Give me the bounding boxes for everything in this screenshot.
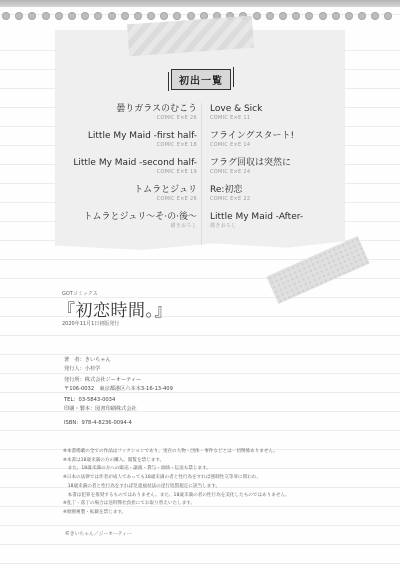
binding-hole-icon bbox=[305, 12, 313, 20]
binding-hole-icon bbox=[81, 12, 89, 20]
binding-hole-icon bbox=[266, 12, 274, 20]
binding-hole-icon bbox=[42, 12, 50, 20]
story-source: COMIC E×E 26 bbox=[57, 115, 197, 122]
list-item: フライングスタート! COMIC E×E 14 bbox=[210, 131, 350, 158]
first-appearance-heading: 初出一覧 bbox=[171, 69, 231, 90]
book-title: 『初恋時間。』 bbox=[58, 296, 172, 321]
list-item: Love & Sick COMIC E×E 11 bbox=[210, 104, 350, 131]
colophon: 著 者：きいちゃん 発行人：小杉学 発行所：株式会社ジーオーティー 〒106-0… bbox=[64, 356, 173, 414]
story-title: トムラとジュリ〜そ·の·後〜 bbox=[57, 212, 197, 223]
binding-hole-icon bbox=[147, 12, 155, 20]
binding-hole-icon bbox=[15, 12, 23, 20]
binding-hole-icon bbox=[384, 12, 392, 20]
story-title: Little My Maid -After- bbox=[210, 212, 350, 223]
column-divider bbox=[201, 103, 202, 245]
list-item: トムラとジュリ COMIC E×E 26 bbox=[57, 185, 197, 212]
story-title: Little My Maid -second half- bbox=[57, 158, 197, 169]
binding-hole-icon bbox=[279, 12, 287, 20]
story-source: COMIC E×E 22 bbox=[210, 196, 350, 203]
story-source: COMIC E×E 11 bbox=[210, 115, 350, 122]
notice-line: 18歳未満の者と性行為をすれば児童福祉法の淫行処罰規定に該当します。 bbox=[63, 483, 290, 492]
binding-hole-icon bbox=[371, 12, 379, 20]
binding-hole-icon bbox=[332, 12, 340, 20]
notice-line: ※本書は18歳未満の方の購入、閲覧を禁じます。 bbox=[63, 457, 290, 466]
binding-hole-icon bbox=[358, 12, 366, 20]
colophon-printer: 印刷・製本：図書印刷株式会社 bbox=[64, 405, 173, 414]
notice-line: ※本書掲載の全ての作品はフィクションであり、実在の人物・団体・事件などとは一切関… bbox=[63, 448, 290, 457]
binding-hole-icon bbox=[108, 12, 116, 20]
story-source: COMIC E×E 24 bbox=[210, 169, 350, 176]
binding-hole-icon bbox=[319, 12, 327, 20]
notebook-top-band bbox=[0, 0, 400, 7]
story-source: COMIC E×E 19 bbox=[57, 169, 197, 176]
binding-hole-icon bbox=[345, 12, 353, 20]
notice-line: ※無断複製・転載を禁じます。 bbox=[63, 509, 290, 518]
binding-hole-icon bbox=[55, 12, 63, 20]
story-source: COMIC E×E 14 bbox=[210, 142, 350, 149]
notice-line: ※乱丁・落丁の場合は送料弊社負担にてお取り替えいたします。 bbox=[63, 500, 290, 509]
binding-hole-icon bbox=[160, 12, 168, 20]
binding-hole-icon bbox=[28, 12, 36, 20]
first-appearance-column-left: 曇りガラスのむこう COMIC E×E 26 Little My Maid -f… bbox=[57, 104, 197, 239]
list-item: トムラとジュリ〜そ·の·後〜 描きおろし bbox=[57, 212, 197, 239]
story-source: COMIC E×E 26 bbox=[57, 196, 197, 203]
story-title: トムラとジュリ bbox=[57, 185, 197, 196]
list-item: Little My Maid -second half- COMIC E×E 1… bbox=[57, 158, 197, 185]
colophon-author: 著 者：きいちゃん bbox=[64, 356, 173, 365]
binding-hole-icon bbox=[253, 12, 261, 20]
list-item: Little My Maid -first half- COMIC E×E 18 bbox=[57, 131, 197, 158]
binding-hole-icon bbox=[121, 12, 129, 20]
story-title: フライングスタート! bbox=[210, 131, 350, 142]
colophon-publisher-person: 発行人：小杉学 bbox=[64, 365, 173, 374]
binding-hole-icon bbox=[173, 12, 181, 20]
notice-line: 本書は犯罪を推奨するものではありません。また、18歳未満の者の性行為を美化したも… bbox=[63, 492, 290, 501]
story-title: フラグ回収は突然に bbox=[210, 158, 350, 169]
publication-date: 2020年11月1日初版発行 bbox=[62, 320, 119, 327]
copyright: ©きいちゃん／ジーオーティー bbox=[65, 530, 132, 537]
binding-hole-icon bbox=[2, 12, 10, 20]
list-item: フラグ回収は突然に COMIC E×E 24 bbox=[210, 158, 350, 185]
binding-hole-icon bbox=[68, 12, 76, 20]
colophon-tel: TEL：03-5843-0034 bbox=[64, 396, 173, 405]
legal-notices: ※本書掲載の全ての作品はフィクションであり、実在の人物・団体・事件などとは一切関… bbox=[63, 448, 290, 518]
colophon-publisher: 発行所：株式会社ジーオーティー bbox=[64, 376, 173, 385]
list-item: Little My Maid -After- 描きおろし bbox=[210, 212, 350, 239]
story-source: 描きおろし bbox=[210, 223, 350, 230]
story-source: COMIC E×E 18 bbox=[57, 142, 197, 149]
story-source: 描きおろし bbox=[57, 223, 197, 230]
isbn: ISBN：978-4-8236-0094-4 bbox=[64, 419, 132, 426]
list-item: 曇りガラスのむこう COMIC E×E 26 bbox=[57, 104, 197, 131]
colophon-address: 〒106-0032 東京都港区六本木3-16-13-409 bbox=[64, 385, 173, 394]
first-appearance-column-right: Love & Sick COMIC E×E 11 フライングスタート! COMI… bbox=[210, 104, 350, 239]
notice-line: ※日本の法律では作者が成人であっても18歳未満の者と性行為をすれば強制性交等罪に… bbox=[63, 474, 290, 483]
notice-line: また、18歳未満の方への販売・譲渡・貸与・放映・伝送も禁じます。 bbox=[63, 465, 290, 474]
binding-hole-icon bbox=[94, 12, 102, 20]
binding-hole-icon bbox=[292, 12, 300, 20]
story-title: Re:初恋 bbox=[210, 185, 350, 196]
list-item: Re:初恋 COMIC E×E 22 bbox=[210, 185, 350, 212]
story-title: Love & Sick bbox=[210, 104, 350, 115]
story-title: 曇りガラスのむこう bbox=[57, 104, 197, 115]
binding-hole-icon bbox=[134, 12, 142, 20]
story-title: Little My Maid -first half- bbox=[57, 131, 197, 142]
